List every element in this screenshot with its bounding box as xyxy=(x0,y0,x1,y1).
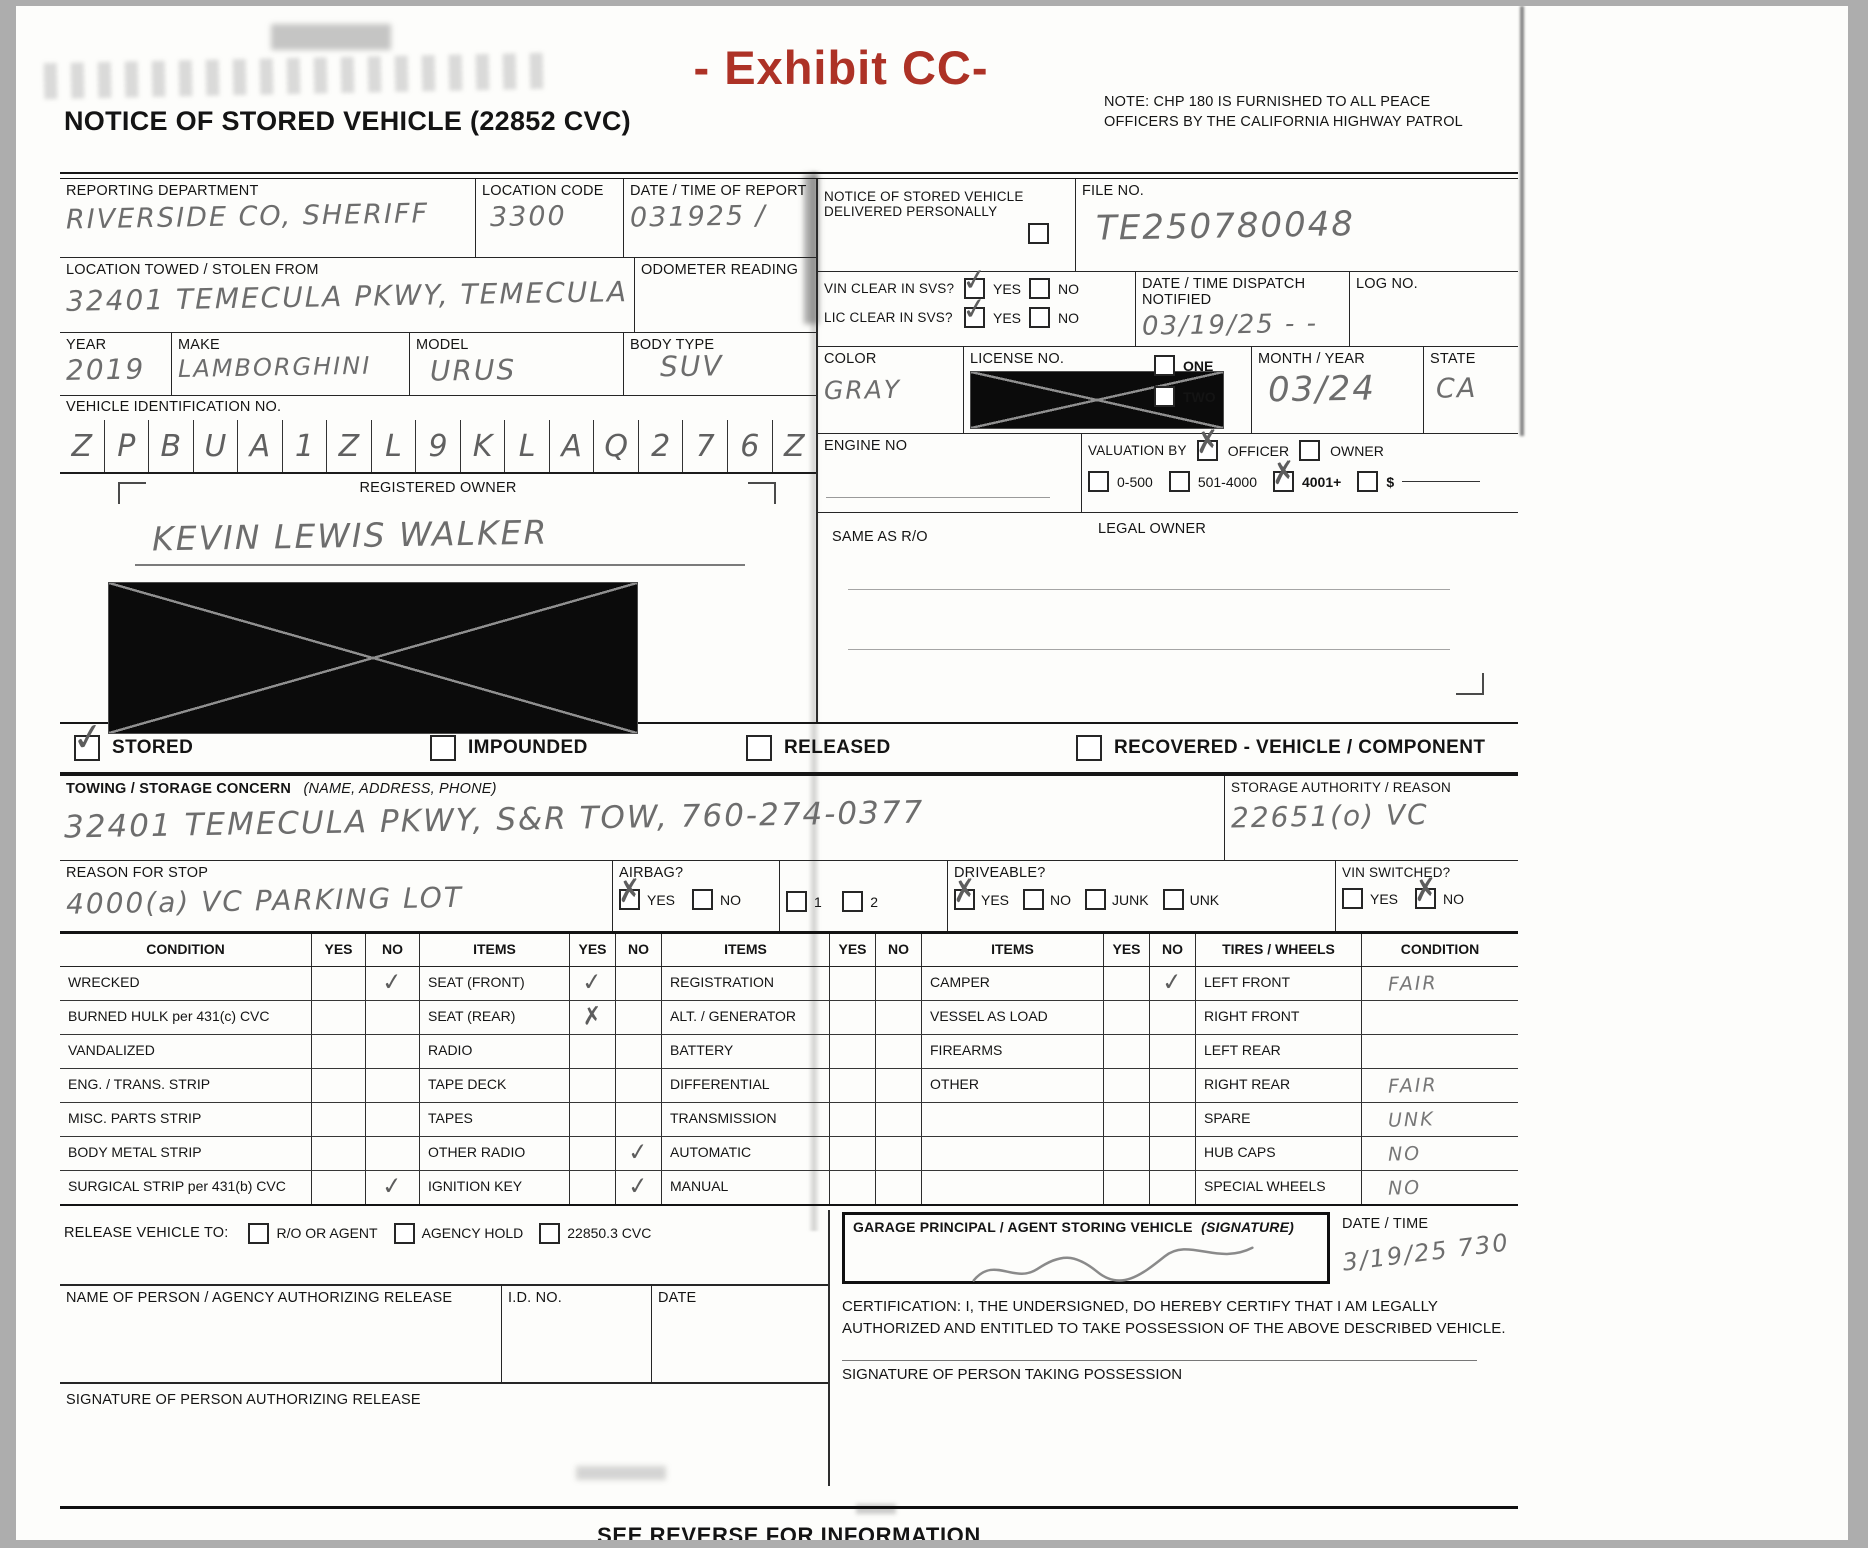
no-header: NO xyxy=(876,934,922,966)
items2-yes-mark[interactable] xyxy=(830,1069,876,1102)
vin-char: Z xyxy=(339,429,360,464)
vin-box: P xyxy=(105,420,150,472)
no-label: NO xyxy=(1443,891,1464,907)
two-plate-checkbox[interactable] xyxy=(1154,386,1175,407)
condition-no-mark[interactable] xyxy=(366,1103,420,1136)
yes-header: YES xyxy=(312,934,366,966)
condition-yes-mark[interactable] xyxy=(312,1069,366,1102)
vin-char: 6 xyxy=(740,429,759,464)
release-vehicle-to-label: RELEASE VEHICLE TO: xyxy=(64,1225,228,1241)
items3-yes-mark[interactable] xyxy=(1104,967,1150,1000)
items3-cell: OTHER xyxy=(922,1069,1104,1102)
tires-cell: RIGHT REAR xyxy=(1196,1069,1362,1102)
vin-box: K xyxy=(461,420,506,472)
items3-yes-mark[interactable] xyxy=(1104,1035,1150,1068)
vehicle-info-left: REPORTING DEPARTMENT RIVERSIDE CO, SHERI… xyxy=(60,179,816,722)
certification-line1: CERTIFICATION: I, THE UNDERSIGNED, DO HE… xyxy=(842,1296,1518,1318)
tire-condition-cell: FAIR xyxy=(1361,1066,1518,1104)
blank-line xyxy=(826,497,1050,498)
svs-clear-field: VIN CLEAR IN SVS? ✓ YES NO LIC CLEAR IN … xyxy=(818,272,1136,346)
vin-box: Q xyxy=(594,420,639,472)
released-checkbox[interactable] xyxy=(746,735,772,761)
condition-yes-mark[interactable] xyxy=(312,1035,366,1068)
vin-box: A xyxy=(550,420,595,472)
authorizing-release-row: NAME OF PERSON / AGENCY AUTHORIZING RELE… xyxy=(60,1284,828,1382)
registered-owner-value: KEVIN LEWIS WALKER xyxy=(152,513,549,559)
table-row: BURNED HULK per 431(c) CVC SEAT (REAR) ✗… xyxy=(60,1001,1518,1035)
no-header: NO xyxy=(366,934,420,966)
check-mark: ✓ xyxy=(627,1136,650,1168)
chp-note-line2: OFFICERS BY THE CALIFORNIA HIGHWAY PATRO… xyxy=(1104,112,1463,132)
vin-box: Z xyxy=(60,420,105,472)
items2-cell: REGISTRATION xyxy=(662,967,830,1000)
vin-char: Z xyxy=(784,429,805,464)
registered-owner-label: REGISTERED OWNER xyxy=(60,474,816,496)
valuation-officer-checkbox[interactable]: ✗ xyxy=(1197,440,1218,461)
month-year-field: MONTH / YEAR 03/24 xyxy=(1252,347,1424,433)
items1-cell: RADIO xyxy=(420,1035,570,1068)
value-501-4000-checkbox[interactable] xyxy=(1169,471,1190,492)
location-code-value: 3300 xyxy=(490,200,618,233)
garage-signature xyxy=(964,1235,1266,1291)
check-mark: ✓ xyxy=(381,966,404,998)
yes-header: YES xyxy=(1104,934,1150,966)
items2-cell: BATTERY xyxy=(662,1035,830,1068)
location-towed-field: LOCATION TOWED / STOLEN FROM 32401 TEMEC… xyxy=(60,258,635,332)
check-mark: ✓ xyxy=(381,1170,404,1202)
agency-hold-label: AGENCY HOLD xyxy=(422,1225,524,1241)
unk-label: UNK xyxy=(1190,892,1220,908)
airbag-field: AIRBAG? ✗ YES NO xyxy=(612,861,780,931)
table-row: MISC. PARTS STRIP TAPES TRANSMISSION SPA… xyxy=(60,1103,1518,1137)
condition-cell: BODY METAL STRIP xyxy=(60,1137,312,1170)
items3-yes-mark[interactable] xyxy=(1104,1001,1150,1034)
items2-no-mark[interactable] xyxy=(876,1069,922,1102)
airbag-count-field: 1 2 xyxy=(780,861,948,931)
impounded-checkbox[interactable] xyxy=(430,735,456,761)
yes-label: YES xyxy=(993,281,1021,297)
form-title: NOTICE OF STORED VEHICLE (22852 CVC) xyxy=(64,106,631,137)
check-mark: ✗ xyxy=(950,872,980,910)
certification-right-column: GARAGE PRINCIPAL / AGENT STORING VEHICLE… xyxy=(828,1210,1518,1486)
items1-no-mark[interactable]: ✓ xyxy=(616,1171,662,1204)
impounded-label: IMPOUNDED xyxy=(468,737,588,759)
vin-box: 2 xyxy=(639,420,684,472)
airbag-label: AIRBAG? xyxy=(619,865,773,881)
agency-hold-checkbox[interactable] xyxy=(394,1223,415,1244)
lic-clear-yes-checkbox[interactable]: ✓ xyxy=(964,307,985,328)
no-label: NO xyxy=(720,892,741,908)
items1-cell: TAPES xyxy=(420,1103,570,1136)
storage-authority-value: 22651(o) VC xyxy=(1231,797,1513,835)
tire-condition-cell: NO xyxy=(1361,1134,1518,1172)
condition-cell: SURGICAL STRIP per 431(b) CVC xyxy=(60,1171,312,1204)
items3-no-mark[interactable] xyxy=(1150,1103,1196,1136)
state-label: STATE xyxy=(1430,351,1512,367)
items2-yes-mark[interactable] xyxy=(830,1171,876,1204)
no-label: NO xyxy=(1058,310,1079,326)
items2-no-mark[interactable] xyxy=(876,1103,922,1136)
table-row: BODY METAL STRIP OTHER RADIO ✓ AUTOMATIC… xyxy=(60,1137,1518,1171)
condition-no-mark[interactable] xyxy=(366,1001,420,1034)
stored-label: STORED xyxy=(112,737,193,759)
ro-or-agent-checkbox[interactable] xyxy=(248,1223,269,1244)
items3-no-mark[interactable] xyxy=(1150,1001,1196,1034)
name-authorizing-label: NAME OF PERSON / AGENCY AUTHORIZING RELE… xyxy=(66,1290,495,1306)
released-label: RELEASED xyxy=(784,737,891,759)
condition-yes-mark[interactable] xyxy=(312,1171,366,1204)
no-header: NO xyxy=(616,934,662,966)
storage-authority-field: STORAGE AUTHORITY / REASON 22651(o) VC xyxy=(1224,776,1518,860)
lic-clear-label: LIC CLEAR IN SVS? xyxy=(824,310,956,325)
items-header: ITEMS xyxy=(922,934,1104,966)
cvc-22850-label: 22850.3 CVC xyxy=(567,1225,651,1241)
airbag-no-checkbox[interactable] xyxy=(692,889,713,910)
vin-box: A xyxy=(238,420,283,472)
items3-cell: VESSEL AS LOAD xyxy=(922,1001,1104,1034)
reporting-department-label: REPORTING DEPARTMENT xyxy=(66,183,469,199)
airbag-2-checkbox[interactable] xyxy=(842,891,863,912)
year-field: YEAR 2019 xyxy=(60,333,172,395)
chp180-form: REPORTING DEPARTMENT RIVERSIDE CO, SHERI… xyxy=(60,172,1518,1540)
items3-yes-mark[interactable] xyxy=(1104,1069,1150,1102)
items3-cell xyxy=(922,1103,1104,1136)
body-type-field: BODY TYPE SUV xyxy=(624,333,816,395)
dollar-label: $ xyxy=(1386,474,1394,490)
items3-no-mark[interactable] xyxy=(1150,1171,1196,1204)
condition-yes-mark[interactable] xyxy=(312,1001,366,1034)
engine-no-label: ENGINE NO xyxy=(824,438,1075,454)
file-no-value: TE250780048 xyxy=(1096,201,1513,248)
state-value: CA xyxy=(1436,372,1513,404)
check-mark: ✗ xyxy=(581,1000,604,1032)
footer-text: SEE REVERSE FOR INFORMATION xyxy=(60,1523,1518,1540)
condition-cell: WRECKED xyxy=(60,967,312,1000)
vin-char: 1 xyxy=(295,429,314,464)
tires-cell: HUB CAPS xyxy=(1196,1137,1362,1170)
driveable-yes-checkbox[interactable]: ✗ xyxy=(954,889,975,910)
vin-char: A xyxy=(561,429,582,464)
items1-no-mark[interactable] xyxy=(616,967,662,1000)
items1-no-mark[interactable] xyxy=(616,1035,662,1068)
vin-char: P xyxy=(117,429,135,464)
month-year-label: MONTH / YEAR xyxy=(1258,351,1417,367)
condition-yes-mark[interactable] xyxy=(312,1103,366,1136)
condition-table: CONDITION YES NO ITEMS YES NO ITEMS YES … xyxy=(60,931,1518,1206)
items2-cell: MANUAL xyxy=(662,1171,830,1204)
condition-no-mark[interactable] xyxy=(366,1137,420,1170)
driveable-field: DRIVEABLE? ✗ YES NO JUNK UNK xyxy=(948,861,1336,931)
state-field: STATE CA xyxy=(1424,347,1518,433)
check-mark: ✓ xyxy=(960,290,990,328)
items2-cell: DIFFERENTIAL xyxy=(662,1069,830,1102)
condition-cell: ENG. / TRANS. STRIP xyxy=(60,1069,312,1102)
tires-cell: LEFT FRONT xyxy=(1196,967,1362,1000)
cvc-22850-checkbox[interactable] xyxy=(539,1223,560,1244)
towing-row: TOWING / STORAGE CONCERN (NAME, ADDRESS,… xyxy=(60,774,1518,860)
value-0-500-label: 0-500 xyxy=(1117,474,1153,490)
garage-date-time-field: DATE / TIME 3/19/25 730 xyxy=(1330,1212,1518,1284)
vin-field: VEHICLE IDENTIFICATION NO. xyxy=(60,396,816,420)
junk-label: JUNK xyxy=(1112,892,1149,908)
location-towed-value: 32401 TEMECULA PKWY, TEMECULA xyxy=(66,275,628,318)
color-field: COLOR GRAY xyxy=(818,347,964,433)
check-mark: ✗ xyxy=(1269,454,1299,492)
date-label: DATE xyxy=(658,1290,822,1306)
vin-char: 2 xyxy=(651,429,670,464)
condition-no-mark[interactable]: ✓ xyxy=(366,1171,420,1204)
airbag-1-checkbox[interactable] xyxy=(786,891,807,912)
condition-cell: BURNED HULK per 431(c) CVC xyxy=(60,1001,312,1034)
two-count-label: 2 xyxy=(870,894,878,910)
value-4001-checkbox[interactable]: ✗ xyxy=(1273,471,1294,492)
tires-cell: RIGHT FRONT xyxy=(1196,1001,1362,1034)
year-value: 2019 xyxy=(66,352,166,387)
condition-no-mark[interactable]: ✓ xyxy=(366,967,420,1000)
name-authorizing-field: NAME OF PERSON / AGENCY AUTHORIZING RELE… xyxy=(60,1286,502,1382)
condition-no-mark[interactable] xyxy=(366,1035,420,1068)
towing-concern-field: TOWING / STORAGE CONCERN (NAME, ADDRESS,… xyxy=(60,776,1224,860)
check-mark: ✗ xyxy=(1411,871,1441,909)
tire-condition-cell xyxy=(1361,998,1518,1036)
vin-char: L xyxy=(385,429,402,464)
items2-no-mark[interactable] xyxy=(876,1137,922,1170)
value-501-4000-label: 501-4000 xyxy=(1198,474,1257,490)
items2-yes-mark[interactable] xyxy=(830,1137,876,1170)
reporting-department-value: RIVERSIDE CO, SHERIFF xyxy=(66,197,469,235)
make-value: LAMBORGHINI xyxy=(178,351,403,383)
odometer-label: ODOMETER READING xyxy=(641,262,810,278)
items1-yes-mark[interactable] xyxy=(570,1137,616,1170)
file-no-label: FILE NO. xyxy=(1082,183,1512,199)
release-row: RELEASE VEHICLE TO: R/O OR AGENT AGENCY … xyxy=(60,1210,828,1256)
delivered-personally-checkbox[interactable] xyxy=(1028,223,1049,244)
items2-yes-mark[interactable] xyxy=(830,1103,876,1136)
scanned-form-page: - Exhibit CC- NOTICE OF STORED VEHICLE (… xyxy=(16,6,1848,1540)
table-row: SURGICAL STRIP per 431(b) CVC ✓ IGNITION… xyxy=(60,1171,1518,1204)
reporting-department-field: REPORTING DEPARTMENT RIVERSIDE CO, SHERI… xyxy=(60,179,476,257)
unk-checkbox[interactable] xyxy=(1163,889,1184,910)
vin-box: Z xyxy=(327,420,372,472)
lic-clear-no-checkbox[interactable] xyxy=(1029,307,1050,328)
vin-switched-no-checkbox[interactable]: ✗ xyxy=(1415,888,1436,909)
redaction-box-owner xyxy=(108,582,638,734)
vin-box: L xyxy=(505,420,550,472)
corner-mark xyxy=(118,482,146,504)
plate-count-field: ONE TWO xyxy=(1148,347,1252,433)
items1-cell: SEAT (REAR) xyxy=(420,1001,570,1034)
junk-checkbox[interactable] xyxy=(1085,889,1106,910)
items1-yes-mark[interactable] xyxy=(570,1069,616,1102)
one-label: ONE xyxy=(1183,358,1213,374)
owner-label: OWNER xyxy=(1330,443,1384,459)
dollar-blank-line xyxy=(1402,481,1480,482)
footer-divider xyxy=(60,1506,1518,1509)
condition-table-header: CONDITION YES NO ITEMS YES NO ITEMS YES … xyxy=(60,934,1518,967)
vin-clear-label: VIN CLEAR IN SVS? xyxy=(824,281,956,296)
items3-no-mark[interactable] xyxy=(1150,1137,1196,1170)
items3-no-mark[interactable] xyxy=(1150,1069,1196,1102)
id-no-label: I.D. NO. xyxy=(508,1290,645,1306)
valuation-label: VALUATION BY xyxy=(1088,443,1187,458)
items2-yes-mark[interactable] xyxy=(830,1001,876,1034)
scan-noise xyxy=(271,24,391,50)
towing-concern-label: TOWING / STORAGE CONCERN xyxy=(66,781,291,797)
exhibit-label: - Exhibit CC- xyxy=(591,40,1091,95)
check-mark: ✗ xyxy=(615,872,645,910)
log-no-field: LOG NO. xyxy=(1350,272,1518,346)
items1-yes-mark[interactable]: ✗ xyxy=(570,1001,616,1034)
vin-char: 9 xyxy=(428,429,447,464)
location-code-label: LOCATION CODE xyxy=(482,183,617,199)
vin-char: Z xyxy=(71,429,92,464)
items3-yes-mark[interactable] xyxy=(1104,1137,1150,1170)
tire-condition-header: CONDITION xyxy=(1362,934,1518,966)
airbag-yes-checkbox[interactable]: ✗ xyxy=(619,889,640,910)
storage-authority-label: STORAGE AUTHORITY / REASON xyxy=(1231,780,1512,795)
vin-char: A xyxy=(250,429,271,464)
dispatch-notified-label: DATE / TIME DISPATCH NOTIFIED xyxy=(1142,276,1343,308)
no-label: NO xyxy=(1058,281,1079,297)
tire-condition-cell xyxy=(1361,1032,1518,1070)
items2-yes-mark[interactable] xyxy=(830,967,876,1000)
items2-no-mark[interactable] xyxy=(876,1035,922,1068)
table-row: WRECKED ✓ SEAT (FRONT) ✓ REGISTRATION CA… xyxy=(60,967,1518,1001)
condition-yes-mark[interactable] xyxy=(312,1137,366,1170)
items1-yes-mark[interactable] xyxy=(570,1171,616,1204)
garage-date-time-value: 3/19/25 730 xyxy=(1341,1227,1519,1276)
items2-no-mark[interactable] xyxy=(876,1001,922,1034)
garage-signature-hint: (SIGNATURE) xyxy=(1201,1219,1294,1235)
chp-note-line1: NOTE: CHP 180 IS FURNISHED TO ALL PEACE xyxy=(1104,92,1463,112)
reason-for-stop-label: REASON FOR STOP xyxy=(66,865,606,881)
vin-switched-field: VIN SWITCHED? YES ✗ NO xyxy=(1336,861,1518,931)
delivered-personally-label2: DELIVERED PERSONALLY xyxy=(824,204,1069,219)
month-year-value: 03/24 xyxy=(1268,368,1418,411)
table-row: VANDALIZED RADIO BATTERY FIREARMS LEFT R… xyxy=(60,1035,1518,1069)
signature-authorizing-row: SIGNATURE OF PERSON AUTHORIZING RELEASE xyxy=(60,1382,828,1486)
vin-char: U xyxy=(204,429,226,464)
items2-no-mark[interactable] xyxy=(876,967,922,1000)
towing-concern-value: 32401 TEMECULA PKWY, S&R TOW, 760-274-03… xyxy=(64,794,925,845)
certification-text: CERTIFICATION: I, THE UNDERSIGNED, DO HE… xyxy=(842,1296,1518,1340)
value-0-500-checkbox[interactable] xyxy=(1088,471,1109,492)
scan-noise xyxy=(44,53,545,99)
items3-yes-mark[interactable] xyxy=(1104,1103,1150,1136)
vin-clear-no-checkbox[interactable] xyxy=(1029,278,1050,299)
no-header: NO xyxy=(1150,934,1196,966)
items3-no-mark[interactable] xyxy=(1150,1035,1196,1068)
items1-no-mark[interactable]: ✓ xyxy=(616,1137,662,1170)
vin-box: L xyxy=(372,420,417,472)
check-mark: ✓ xyxy=(581,966,604,998)
value-4001-label: 4001+ xyxy=(1302,474,1341,490)
vin-box: Z xyxy=(773,420,817,472)
stored-checkbox[interactable]: ✓ xyxy=(74,735,100,761)
legal-owner-label: LEGAL OWNER xyxy=(1098,521,1206,537)
file-no-field: FILE NO. TE250780048 xyxy=(1076,179,1518,271)
items1-yes-mark[interactable]: ✓ xyxy=(570,967,616,1000)
vin-box: 6 xyxy=(728,420,773,472)
condition-yes-mark[interactable] xyxy=(312,967,366,1000)
make-label: MAKE xyxy=(178,337,403,353)
bottom-band: RELEASE VEHICLE TO: R/O OR AGENT AGENCY … xyxy=(60,1210,1518,1486)
year-label: YEAR xyxy=(66,337,165,353)
one-count-label: 1 xyxy=(814,894,822,910)
items3-cell: FIREARMS xyxy=(922,1035,1104,1068)
valuation-owner-checkbox[interactable] xyxy=(1299,440,1320,461)
vin-switched-yes-checkbox[interactable] xyxy=(1342,888,1363,909)
items1-no-mark[interactable] xyxy=(616,1069,662,1102)
recovered-checkbox[interactable] xyxy=(1076,735,1102,761)
log-no-label: LOG NO. xyxy=(1356,276,1512,292)
check-mark: ✓ xyxy=(627,1170,650,1202)
driveable-no-checkbox[interactable] xyxy=(1023,889,1044,910)
vin-box: B xyxy=(149,420,194,472)
table-row: ENG. / TRANS. STRIP TAPE DECK DIFFERENTI… xyxy=(60,1069,1518,1103)
value-dollar-checkbox[interactable] xyxy=(1357,471,1378,492)
corner-mark xyxy=(748,482,776,504)
recovered-label: RECOVERED - VEHICLE / COMPONENT xyxy=(1114,737,1485,759)
vin-char: Q xyxy=(604,429,628,464)
towing-concern-hint: (NAME, ADDRESS, PHONE) xyxy=(303,781,496,797)
yes-header: YES xyxy=(570,934,616,966)
condition-cell: MISC. PARTS STRIP xyxy=(60,1103,312,1136)
signature-authorizing-label: SIGNATURE OF PERSON AUTHORIZING RELEASE xyxy=(66,1392,822,1408)
handwritten-underline xyxy=(135,564,745,566)
items1-no-mark[interactable] xyxy=(616,1001,662,1034)
items3-no-mark[interactable]: ✓ xyxy=(1150,967,1196,1000)
yes-label: YES xyxy=(647,892,675,908)
model-value: URUS xyxy=(430,351,618,387)
tires-cell: SPARE xyxy=(1196,1103,1362,1136)
check-mark: ✗ xyxy=(1192,423,1222,461)
engine-no-field: ENGINE NO xyxy=(818,434,1082,512)
items2-no-mark[interactable] xyxy=(876,1171,922,1204)
same-as-ro-label: SAME AS R/O xyxy=(832,529,928,545)
garage-label: GARAGE PRINCIPAL / AGENT STORING VEHICLE xyxy=(853,1219,1193,1235)
items2-yes-mark[interactable] xyxy=(830,1035,876,1068)
reason-row: REASON FOR STOP 4000(a) VC PARKING LOT A… xyxy=(60,860,1518,931)
signature-taking-possession-row: SIGNATURE OF PERSON TAKING POSSESSION xyxy=(842,1360,1477,1383)
vin-box: 9 xyxy=(416,420,461,472)
location-code-field: LOCATION CODE 3300 xyxy=(476,179,624,257)
blank-line xyxy=(848,649,1450,650)
odometer-field: ODOMETER READING xyxy=(635,258,816,332)
one-plate-checkbox[interactable] xyxy=(1154,355,1175,376)
tires-cell: LEFT REAR xyxy=(1196,1035,1362,1068)
items1-yes-mark[interactable] xyxy=(570,1103,616,1136)
check-mark: ✓ xyxy=(69,713,107,761)
condition-no-mark[interactable] xyxy=(366,1069,420,1102)
vehicle-info-right: NOTICE OF STORED VEHICLE DELIVERED PERSO… xyxy=(816,179,1518,722)
items1-no-mark[interactable] xyxy=(616,1103,662,1136)
divider-double-line xyxy=(60,172,1518,179)
items-header: ITEMS xyxy=(420,934,570,966)
legal-owner-block: SAME AS R/O LEGAL OWNER xyxy=(818,513,1518,719)
vin-boxes: Z P B U A 1 Z L 9 K L A Q 2 7 6 Z xyxy=(60,420,816,474)
tire-condition-cell: NO xyxy=(1361,1168,1518,1206)
items1-yes-mark[interactable] xyxy=(570,1035,616,1068)
blank-line xyxy=(848,589,1450,590)
items3-yes-mark[interactable] xyxy=(1104,1171,1150,1204)
items2-cell: TRANSMISSION xyxy=(662,1103,830,1136)
vin-label: VEHICLE IDENTIFICATION NO. xyxy=(66,399,810,415)
signature-taking-possession-label: SIGNATURE OF PERSON TAKING POSSESSION xyxy=(842,1366,1182,1383)
make-field: MAKE LAMBORGHINI xyxy=(172,333,410,395)
items3-cell: CAMPER xyxy=(922,967,1104,1000)
vin-char: K xyxy=(473,429,493,464)
